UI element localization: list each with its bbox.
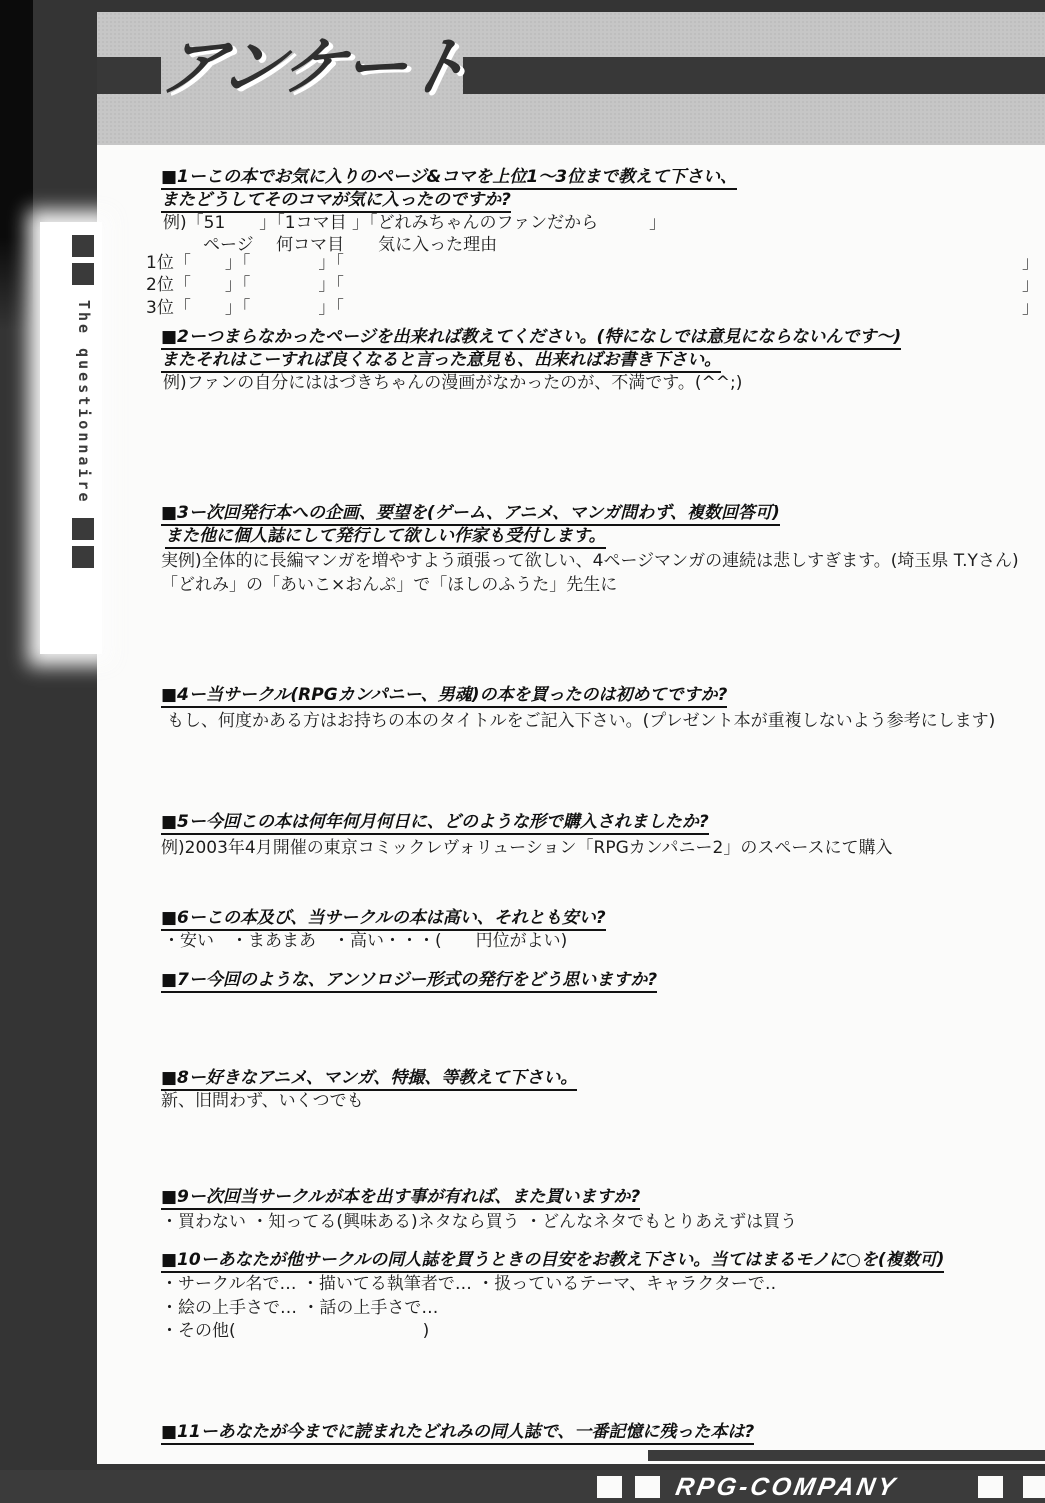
circle-logo: RPG-COMPANY [673,1473,900,1502]
q1-rank3-close-bracket: 」 [1022,298,1039,319]
q1-heading-line2: またどうしてそのコマが気に入ったのですか? [161,190,511,211]
q4-heading: ■4ー当サークル(RPGカンパニー、男魂)の本を買ったのは初めてですか? [161,685,727,706]
square-icon [978,1476,1003,1498]
q1-heading-line1: ■1ーこの本でお気に入りのページ&コマを上位1〜3位まで教えて下さい、 [161,167,737,188]
square-icon [635,1476,660,1498]
q5-example: 例)2003年4月開催の東京コミックレヴォリューション「RPGカンパニー2」のス… [161,838,893,859]
q7-heading: ■7ー今回のような、アンソロジー形式の発行をどう思いますか? [161,970,657,991]
q2-heading-line1: ■2ーつまらなかったページを出来れば教えてください。(特になしでは意見にならない… [161,327,901,348]
q1-rank-row-2: 2位「 」「 」「 」 [146,275,1045,297]
q1-rank2-close-bracket: 」 [1022,275,1039,296]
footer-accent-bar [648,1450,1045,1461]
scanned-questionnaire-page: { "header": { "title": "アンケート" }, "sideb… [0,0,1045,1503]
square-icon [72,546,94,568]
q9-heading: ■9ー次回当サークルが本を出す事が有れば、また買いますか? [161,1187,640,1208]
questionnaire-page: アンケート ■1ーこの本でお気に入りのページ&コマを上位1〜3位まで教えて下さい… [97,12,1045,1464]
q8-heading: ■8ー好きなアニメ、マンガ、特撮、等教えて下さい。 [161,1068,577,1089]
square-icon [72,235,94,257]
q11-heading: ■11ーあなたが今までに読まれたどれみの同人誌で、一番記憶に残った本は? [161,1422,754,1443]
square-icon [597,1476,622,1498]
q10-options-line1: ・サークル名で… ・描いてる執筆者で… ・扱っているテーマ、キャラクターで‥ [161,1274,776,1295]
square-icon [1023,1476,1045,1498]
square-icon [72,263,94,285]
q3-example-line2: 「どれみ」の「あいこ×おんぷ」で「ほしのふうた」先生に [161,575,617,596]
q1-rank2-label: 2位「 」「 」「 [146,275,344,296]
q3-heading-line1: ■3ー次回発行本への企画、要望を(ゲーム、アニメ、マンガ問わず、複数回答可) [161,503,780,524]
q6-options: ・安い ・まあまあ ・高い・・・( 円位がよい) [163,931,567,952]
q8-note: 新、旧問わず、いくつでも [161,1091,364,1112]
q9-options: ・買わない ・知ってる(興味ある)ネタなら買う ・どんなネタでもとりあえずは買う [161,1212,797,1233]
q6-heading: ■6ーこの本及び、当サークルの本は高い、それとも安い? [161,908,606,929]
q2-heading-line2: またそれはこーすれば良くなると言った意見も、出来ればお書き下さい。 [161,350,721,371]
square-icon [72,518,94,540]
page-title: アンケート [153,32,476,104]
q1-rank-row-1: 1位「 」「 」「 」 [146,253,1045,275]
header-bar-left [97,57,161,94]
q1-example: 例)「51 」「1コマ目 」「どれみちゃんのファンだから 」 [163,213,666,234]
q2-example: 例)ファンの自分にははづきちゃんの漫画がなかったのが、不満です。(^^;) [163,373,742,394]
q10-options-line3: ・その他( ) [161,1321,429,1342]
q10-options-line2: ・絵の上手さで… ・話の上手さで… [161,1298,438,1319]
q3-example-line1: 実例)全体的に長編マンガを増やすよう頑張って欲しい、4ページマンガの連続は悲しす… [161,551,1019,572]
q4-note: もし、何度かある方はお持ちの本のタイトルをご記入下さい。(プレゼント本が重複しな… [167,711,995,732]
header-bar-right [463,57,1045,94]
sidebar-strip: The questionnaire [40,222,102,654]
q1-rank-row-3: 3位「 」「 」「 」 [146,298,1045,320]
q3-heading-line2: また他に個人誌にして発行して欲しい作家も受付します。 [165,526,606,547]
q1-rank1-close-bracket: 」 [1022,253,1039,274]
header-band: アンケート [97,12,1045,145]
sidebar-vertical-label: The questionnaire [75,300,93,505]
q10-heading: ■10ーあなたが他サークルの同人誌を買うときの目安をお教え下さい。当てはまるモノ… [161,1250,944,1271]
q1-rank1-label: 1位「 」「 」「 [146,253,344,274]
q5-heading: ■5ー今回この本は何年何月何日に、どのような形で購入されましたか? [161,812,709,833]
q1-rank3-label: 3位「 」「 」「 [146,298,344,319]
footer-band: RPG-COMPANY [0,1470,1045,1503]
scan-shadow-strip [0,0,33,330]
